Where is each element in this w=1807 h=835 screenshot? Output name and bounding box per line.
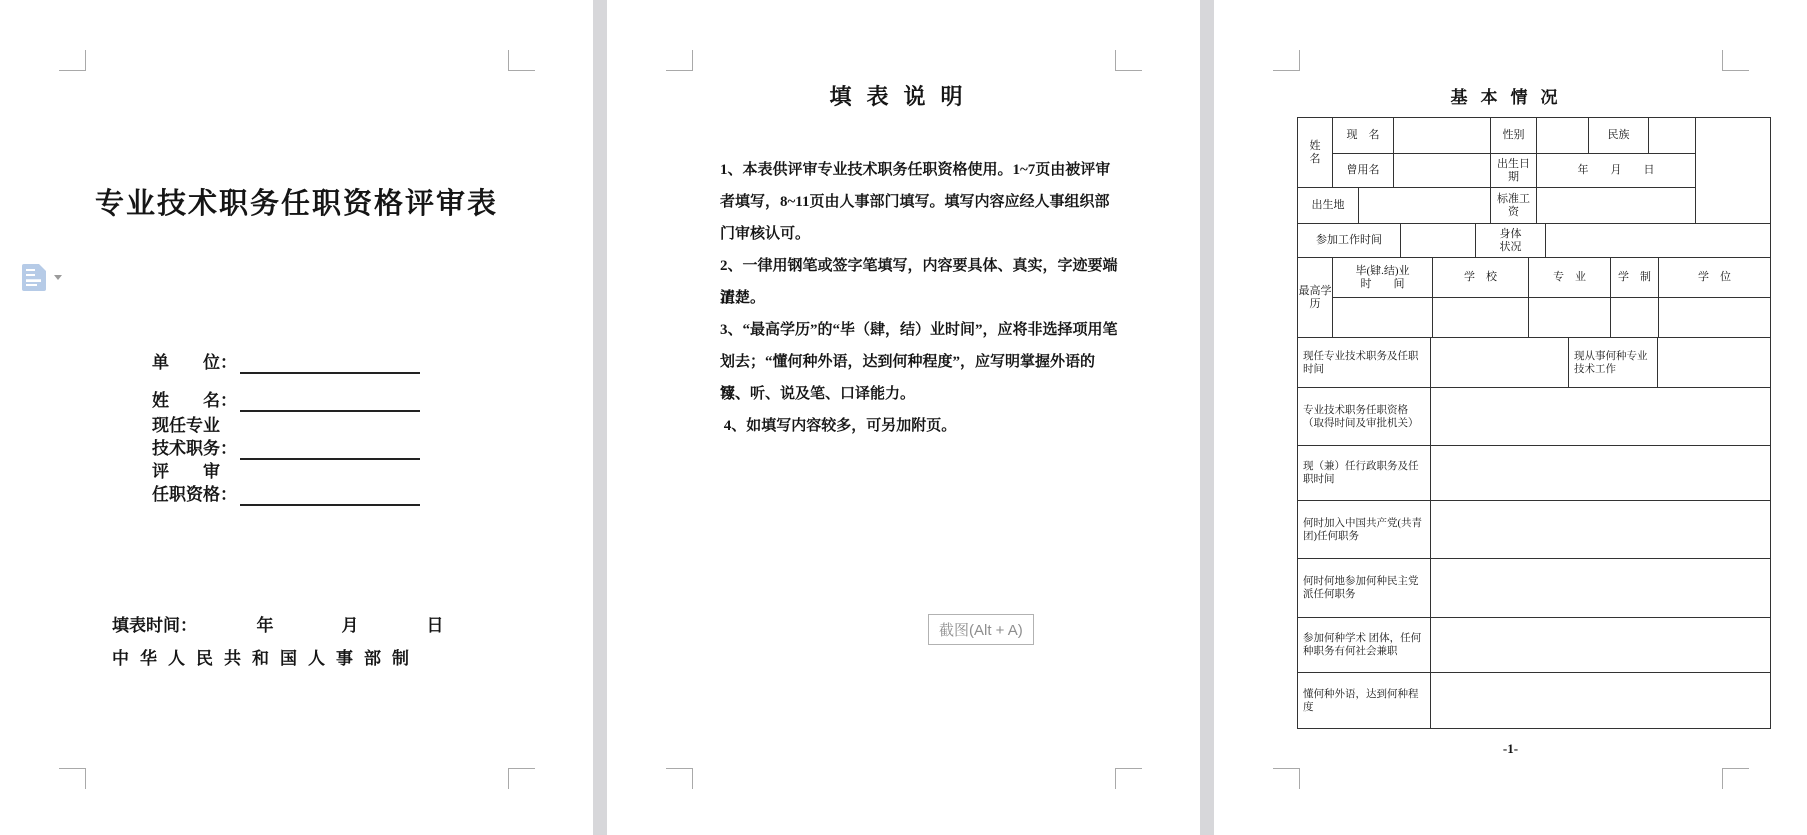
unit-field: 单 位： [152, 351, 420, 374]
gender-cell[interactable] [1537, 118, 1589, 154]
margin-corner-mark [59, 50, 86, 71]
ethnicity-label: 民族 [1589, 118, 1649, 154]
page-1-cover: 专业技术职务任职资格评审表 单 位： 姓 名： 现任专业 技术职务： 评 审 任… [0, 0, 593, 835]
margin-corner-mark [1722, 768, 1749, 789]
margin-corner-mark [59, 768, 86, 789]
margin-corner-mark [508, 50, 535, 71]
instruction-line: 划去；“懂何种外语，达到何种程度”，应写明掌握外语的读、 [720, 346, 1118, 378]
academic-groups-label: 参加何种学术 团体，任何种职务有何社会兼职 [1298, 618, 1431, 673]
health-cell[interactable] [1546, 224, 1771, 258]
foreign-language-label: 懂何种外语，达到何种程度 [1298, 673, 1431, 729]
margin-corner-mark [666, 768, 693, 789]
margin-corner-mark [1273, 50, 1300, 71]
instruction-line: 门审核认可。 [720, 218, 1118, 250]
current-tech-post-field-label: 现任专业 技术职务： [152, 414, 237, 460]
standard-wage-label: 标准工 资 [1491, 188, 1537, 224]
fill-time-line: 填表时间： 年 月 日 [112, 611, 444, 636]
standard-wage-cell[interactable] [1537, 188, 1696, 224]
name-field-label: 姓 名： [152, 389, 237, 412]
qualification-cell[interactable] [1431, 388, 1771, 446]
admin-post-cell[interactable] [1431, 446, 1771, 501]
current-tech-work-label: 现从事何种专业技术工作 [1569, 338, 1658, 388]
unit-field-label: 单 位： [152, 351, 237, 374]
admin-post-label: 现（兼）任行政职务及任职时间 [1298, 446, 1431, 501]
current-name-cell[interactable] [1394, 118, 1491, 154]
current-tech-post-field: 现任专业 技术职务： [152, 414, 420, 460]
party-join-label: 何时加入中国共产党(共青团)任何职务 [1298, 501, 1431, 559]
foreign-language-cell[interactable] [1431, 673, 1771, 729]
qualification-label: 专业技术职务任职资格（取得时间及审批机关） [1298, 388, 1431, 446]
study-length-header: 学 制 [1611, 258, 1659, 298]
work-start-time-cell[interactable] [1401, 224, 1476, 258]
birth-place-label: 出生地 [1298, 188, 1359, 224]
margin-corner-mark [1722, 50, 1749, 71]
photo-cell[interactable] [1696, 118, 1771, 224]
instructions-body: 1、本表供评审专业技术职务任职资格使用。1~7页由被评审 者填写，8~11页由人… [720, 154, 1118, 442]
academic-groups-cell[interactable] [1431, 618, 1771, 673]
screenshot-button[interactable]: 截图(Alt + A) [928, 614, 1034, 645]
unit-field-line[interactable] [240, 351, 420, 374]
degree-header: 学 位 [1659, 258, 1771, 298]
instruction-line: 清楚。 [720, 282, 1118, 314]
work-start-time-label: 参加工作时间 [1298, 224, 1401, 258]
school-cell[interactable] [1433, 298, 1529, 338]
page-number: -1- [1214, 741, 1807, 757]
page-3-basic-info: 基本情况 姓 名 现 名 性别 民族 [1214, 0, 1807, 835]
paste-options-button[interactable] [22, 264, 62, 291]
instruction-line: 3、“最高学历”的“毕（肆，结）业时间”，应将非选择项用笔 [720, 314, 1118, 346]
birth-place-cell[interactable] [1359, 188, 1491, 224]
degree-cell[interactable] [1659, 298, 1771, 338]
instruction-line: 2、一律用钢笔或签字笔填写，内容要具体、真实，字迹要端正、 [720, 250, 1118, 282]
major-header: 专 业 [1529, 258, 1611, 298]
instruction-line: 者填写，8~11页由人事部门填写。填写内容应经人事组织部 [720, 186, 1118, 218]
instructions-title: 填表说明 [607, 80, 1200, 111]
current-tech-post-cell[interactable] [1431, 338, 1569, 388]
instruction-line: 1、本表供评审专业技术职务任职资格使用。1~7页由被评审 [720, 154, 1118, 186]
name-label: 姓 名 [1298, 118, 1333, 188]
page-2-instructions: 填表说明 1、本表供评审专业技术职务任职资格使用。1~7页由被评审 者填写，8~… [607, 0, 1200, 835]
chevron-down-icon [54, 275, 62, 280]
name-field: 姓 名： [152, 389, 420, 412]
margin-corner-mark [1273, 768, 1300, 789]
current-name-label: 现 名 [1333, 118, 1394, 154]
school-header: 学 校 [1433, 258, 1529, 298]
study-length-cell[interactable] [1611, 298, 1659, 338]
review-qualification-field: 评 审 任职资格： [152, 460, 420, 506]
current-tech-post-label: 现任专业技术职务及任职时间 [1298, 338, 1431, 388]
instruction-line: 4、如填写内容较多，可另加附页。 [720, 410, 1118, 442]
document-workspace: 专业技术职务任职资格评审表 单 位： 姓 名： 现任专业 技术职务： 评 审 任… [0, 0, 1807, 835]
margin-corner-mark [508, 768, 535, 789]
health-label: 身体 状况 [1476, 224, 1546, 258]
democratic-party-cell[interactable] [1431, 559, 1771, 618]
name-field-line[interactable] [240, 389, 420, 412]
former-name-cell[interactable] [1394, 154, 1491, 188]
ethnicity-cell[interactable] [1649, 118, 1696, 154]
review-qualification-field-label: 评 审 任职资格： [152, 460, 237, 506]
current-tech-post-field-line[interactable] [240, 437, 420, 460]
margin-corner-mark [1115, 768, 1142, 789]
margin-corner-mark [666, 50, 693, 71]
major-cell[interactable] [1529, 298, 1611, 338]
review-qualification-field-line[interactable] [240, 483, 420, 506]
birth-date-label: 出生日 期 [1491, 154, 1537, 188]
instruction-line: 写、听、说及笔、口译能力。 [720, 378, 1118, 410]
issuer-line: 中华人民共和国人事部制 [112, 644, 420, 669]
party-join-cell[interactable] [1431, 501, 1771, 559]
document-title: 专业技术职务任职资格评审表 [0, 181, 593, 222]
democratic-party-label: 何时何地参加何种民主党派任何职务 [1298, 559, 1431, 618]
graduation-time-header: 毕(肄.结)业 时 间 [1333, 258, 1433, 298]
basic-info-title: 基本情况 [1214, 83, 1807, 108]
current-tech-work-cell[interactable] [1658, 338, 1771, 388]
gender-label: 性别 [1491, 118, 1537, 154]
clipboard-icon [22, 264, 46, 291]
basic-info-table: 姓 名 现 名 性别 民族 曾用名 [1297, 117, 1771, 729]
highest-education-label: 最高学 历 [1298, 258, 1333, 338]
former-name-label: 曾用名 [1333, 154, 1394, 188]
graduation-time-cell[interactable] [1333, 298, 1433, 338]
margin-corner-mark [1115, 50, 1142, 71]
birth-date-ymd-cell[interactable]: 年 月 日 [1537, 154, 1696, 188]
